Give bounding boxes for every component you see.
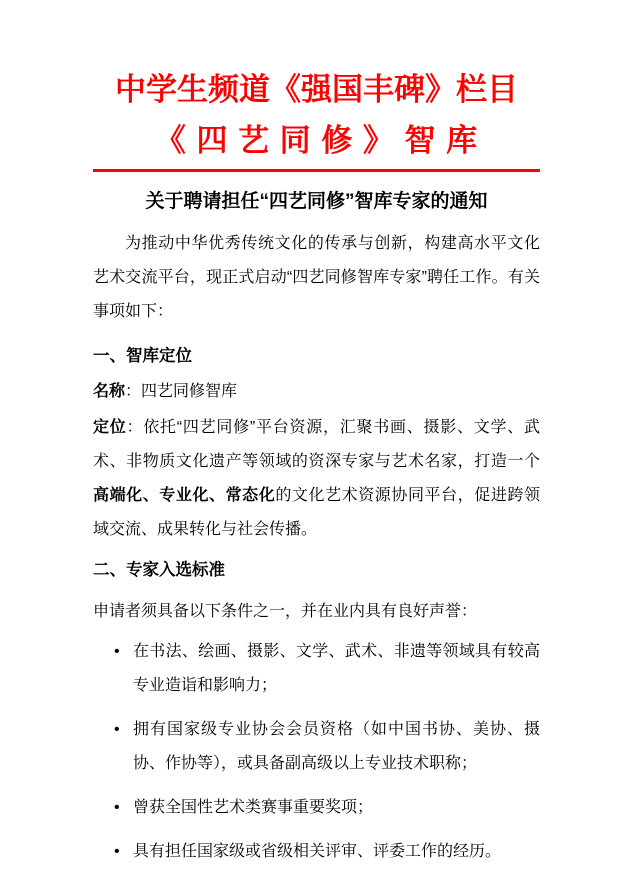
name-value: 四艺同修智库 [141,383,237,400]
position-label: 定位 [93,419,127,436]
bullet-item: • 拥有国家级专业协会会员资格（如中国书协、美协、摄协、作协等），或具备副高级以… [93,713,540,781]
bullet-icon: • [114,835,120,869]
doc-title-line-1: 中学生频道《强国丰碑》栏目 [93,64,540,115]
notice-heading: 关于聘请担任“四艺同修”智库专家的通知 [93,187,540,217]
position-colon: ： [127,419,144,436]
criteria-list: • 在书法、绘画、摄影、文学、武术、非遗等领域具有较高专业造诣和影响力； • 拥… [93,635,540,869]
section-1-heading: 一、智库定位 [93,339,540,373]
intro-paragraph: 为推动中华优秀传统文化的传承与创新，构建高水平文化艺术交流平台，现正式启动“四艺… [93,227,540,329]
name-colon: ： [125,383,141,400]
bullet-icon: • [114,713,120,747]
bullet-text: 拥有国家级专业协会会员资格（如中国书协、美协、摄协、作协等），或具备副高级以上专… [133,721,540,772]
position-text-before: 依托“四艺同修”平台资源，汇聚书画、摄影、文学、武术、非物质文化遗产等领域的资深… [93,419,540,470]
document-page: 中学生频道《强国丰碑》栏目 《 四 艺 同 修 》 智 库 关于聘请担任“四艺同… [0,0,632,894]
name-label: 名称 [93,383,125,400]
bullet-icon: • [114,791,120,825]
bullet-item: • 在书法、绘画、摄影、文学、武术、非遗等领域具有较高专业造诣和影响力； [93,635,540,703]
bullet-item: • 曾获全国性艺术类赛事重要奖项； [93,791,540,825]
position-text-bold: 高端化、专业化、常态化 [93,487,275,504]
position-paragraph: 定位：依托“四艺同修”平台资源，汇聚书画、摄影、文学、武术、非物质文化遗产等领域… [93,411,540,547]
criteria-intro: 申请者须具备以下条件之一，并在业内具有良好声誉： [93,595,540,629]
doc-title-line-2: 《 四 艺 同 修 》 智 库 [93,115,540,166]
bullet-text: 曾获全国性艺术类赛事重要奖项； [133,799,373,816]
bullet-text: 具有担任国家级或省级相关评审、评委工作的经历。 [133,843,501,860]
bullet-item: • 具有担任国家级或省级相关评审、评委工作的经历。 [93,835,540,869]
bullet-icon: • [114,635,120,669]
title-divider-rule [93,169,540,172]
bullet-text: 在书法、绘画、摄影、文学、武术、非遗等领域具有较高专业造诣和影响力； [133,643,540,694]
doc-title: 中学生频道《强国丰碑》栏目 《 四 艺 同 修 》 智 库 [93,64,540,172]
section-2-heading: 二、专家入选标准 [93,553,540,587]
name-line: 名称：四艺同修智库 [93,375,540,409]
